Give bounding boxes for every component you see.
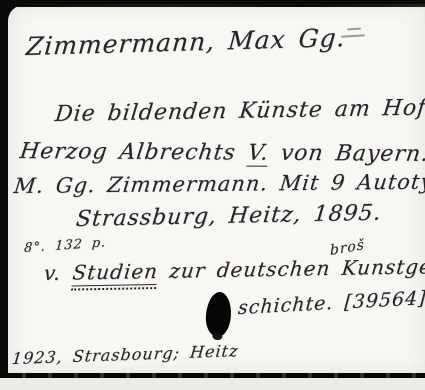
scan-margin [0,378,425,390]
series-rest: zur deutschen Kunstge- [157,254,425,283]
title-line-3: M. Gg. Zimmermann. Mit 9 Autotypien. [13,169,425,198]
pencil-mark [341,28,367,40]
title-line-2-prefix: Herzog Albrechts [18,139,249,166]
series-title-underlined: Studien [71,259,159,287]
card-top-edge [8,4,425,7]
series-prefix: v. [43,260,74,285]
catalog-card-scan: Zimmermann, Max Gg. Die bildenden Künste… [0,0,425,390]
title-line-2: Herzog Albrechts V. von Bayern. Von [18,139,425,167]
title-line-2-suffix: von Bayern. Von [267,141,425,167]
